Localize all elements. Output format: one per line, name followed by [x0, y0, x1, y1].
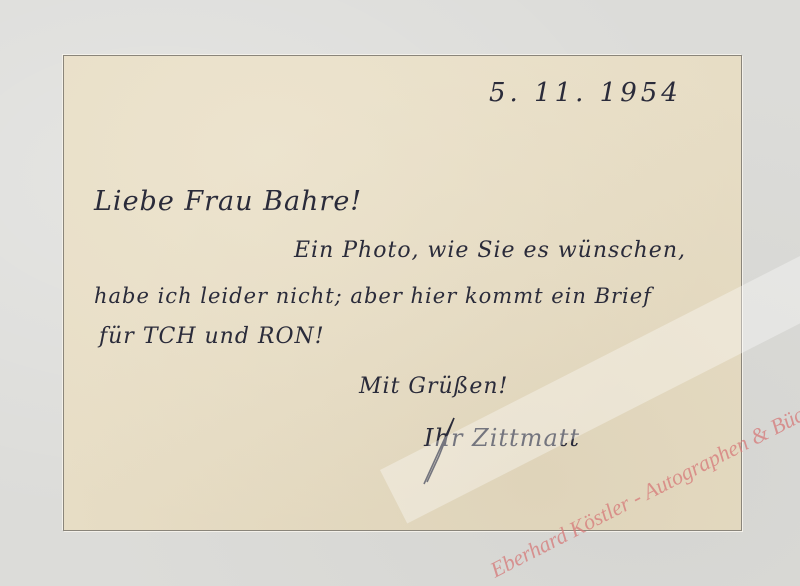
letter-body-line-2: habe ich leider nicht; aber hier kommt e…	[94, 284, 652, 308]
letter-closing: Mit Grüßen!	[359, 374, 508, 399]
letter-body-line-1: Ein Photo, wie Sie es wünschen,	[294, 238, 686, 263]
letter-body-line-3: für TCH und RON!	[99, 324, 325, 349]
letter-date: 5. 11. 1954	[489, 78, 682, 108]
letter-salutation: Liebe Frau Bahre!	[94, 186, 362, 217]
